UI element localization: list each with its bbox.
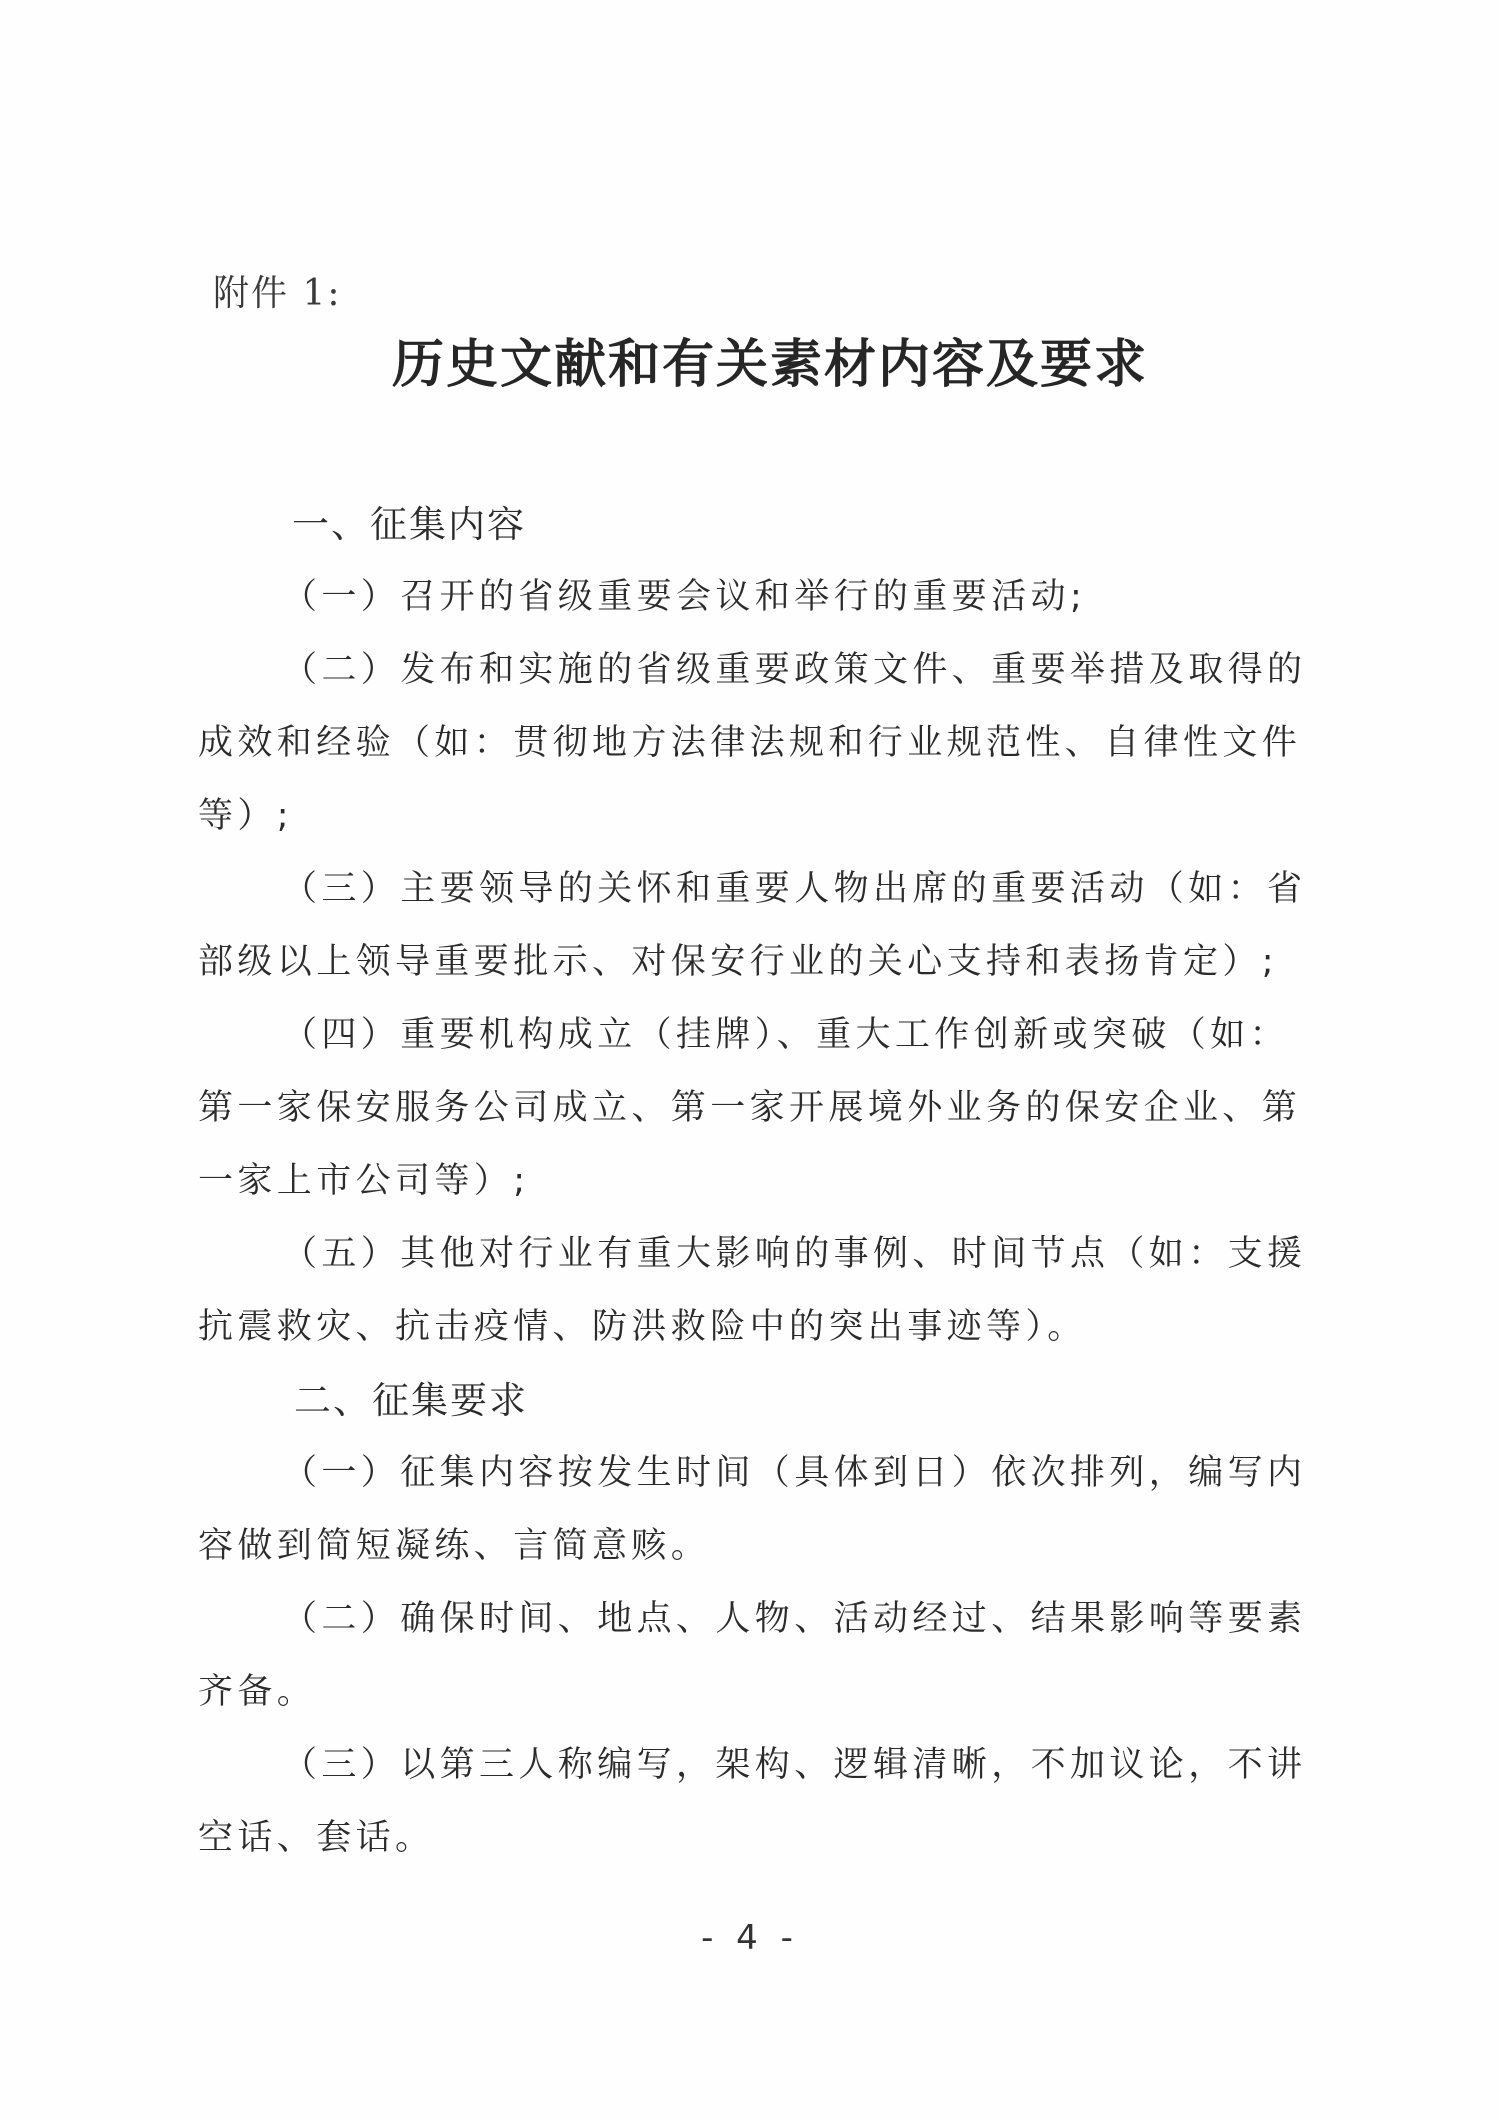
document-body: 一、征集内容 （一）召开的省级重要会议和举行的重要活动; （二）发布和实施的省级… xyxy=(198,488,1306,1875)
paragraph-line: （四）重要机构成立（挂牌）、重大工作创新或突破（如： xyxy=(198,999,1306,1072)
document-page: 附件 1: 历史文献和有关素材内容及要求 一、征集内容 （一）召开的省级重要会议… xyxy=(0,0,1500,2120)
paragraph-line: 容做到简短凝练、言简意赅。 xyxy=(198,1510,1306,1583)
section-heading-collection-requirements: 二、征集要求 xyxy=(198,1364,1306,1437)
paragraph-line: 成效和经验（如：贯彻地方法律法规和行业规范性、自律性文件 xyxy=(198,707,1306,780)
attachment-label: 附件 1: xyxy=(213,272,341,316)
paragraph-line: 第一家保安服务公司成立、第一家开展境外业务的保安企业、第 xyxy=(198,1072,1306,1145)
document-title: 历史文献和有关素材内容及要求 xyxy=(0,330,1500,400)
paragraph-line: （一）召开的省级重要会议和举行的重要活动; xyxy=(198,561,1306,634)
paragraph-line: （二）发布和实施的省级重要政策文件、重要举措及取得的 xyxy=(198,634,1306,707)
page-number: - 4 - xyxy=(0,1916,1500,1960)
paragraph-line: （五）其他对行业有重大影响的事例、时间节点（如：支援 xyxy=(198,1218,1306,1291)
paragraph-line: 空话、套话。 xyxy=(198,1802,1306,1875)
paragraph-line: 部级以上领导重要批示、对保安行业的关心支持和表扬肯定）; xyxy=(198,926,1306,999)
paragraph-line: 等）; xyxy=(198,780,1306,853)
paragraph-line: 一家上市公司等）; xyxy=(198,1145,1306,1218)
paragraph-line: （三）主要领导的关怀和重要人物出席的重要活动（如：省 xyxy=(198,853,1306,926)
paragraph-line: （三）以第三人称编写，架构、逻辑清晰，不加议论，不讲 xyxy=(198,1729,1306,1802)
paragraph-line: 齐备。 xyxy=(198,1656,1306,1729)
paragraph-line: 抗震救灾、抗击疫情、防洪救险中的突出事迹等）。 xyxy=(198,1291,1306,1364)
section-heading-collection-content: 一、征集内容 xyxy=(198,488,1306,561)
paragraph-line: （二）确保时间、地点、人物、活动经过、结果影响等要素 xyxy=(198,1583,1306,1656)
paragraph-line: （一）征集内容按发生时间（具体到日）依次排列，编写内 xyxy=(198,1437,1306,1510)
